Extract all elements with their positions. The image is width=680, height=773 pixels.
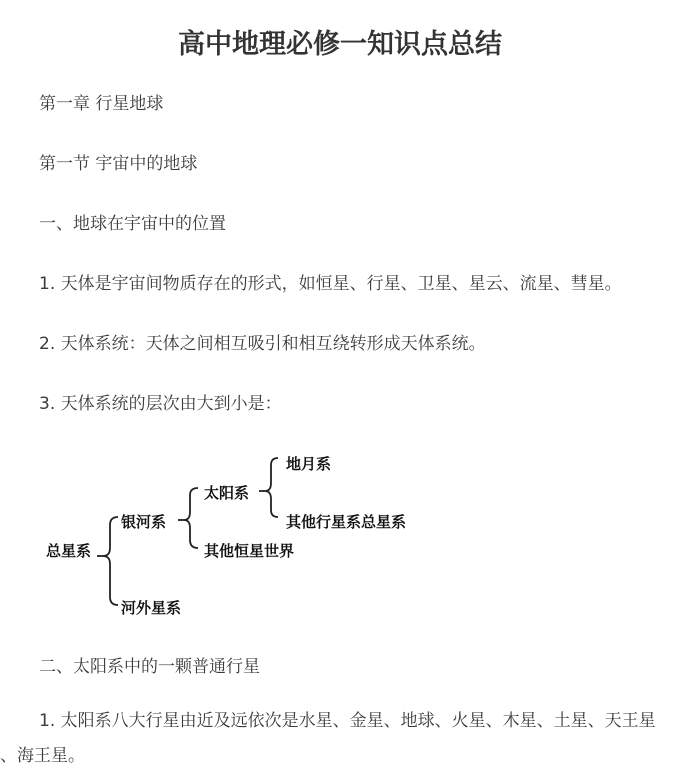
chapter-heading: 第一章 行星地球 [39, 89, 163, 114]
paragraph-item-3: 3. 天体系统的层次由大到小是： [39, 389, 282, 414]
page-title: 高中地理必修一知识点总结 [0, 22, 680, 61]
node-other-planetary: 其他行星系总星系 [286, 511, 406, 532]
node-earth-moon: 地月系 [286, 453, 331, 474]
node-root: 总星系 [46, 540, 91, 561]
subsection-heading-1: 一、地球在宇宙中的位置 [39, 209, 226, 234]
paragraph-planets: 1. 太阳系八大行星由近及远依次是水星、金星、地球、火星、木星、土星、天王星 、… [0, 704, 660, 773]
node-other-stars: 其他恒星世界 [204, 540, 294, 561]
node-solar-system: 太阳系 [204, 482, 249, 503]
subsection-heading-2: 二、太阳系中的一颗普通行星 [39, 652, 260, 677]
paragraph-item-1: 1. 天体是宇宙间物质存在的形式，如恒星、行星、卫星、星云、流星、彗星。 [39, 269, 622, 294]
section-heading: 第一节 宇宙中的地球 [39, 149, 197, 174]
node-extragalactic: 河外星系 [121, 597, 181, 618]
celestial-system-hierarchy-diagram: 总星系 银河系 河外星系 太阳系 其他恒星世界 地月系 其他行星系总星系 [0, 440, 680, 620]
node-milky-way: 银河系 [121, 511, 166, 532]
paragraph-item-2: 2. 天体系统：天体之间相互吸引和相互绕转形成天体系统。 [39, 329, 486, 354]
